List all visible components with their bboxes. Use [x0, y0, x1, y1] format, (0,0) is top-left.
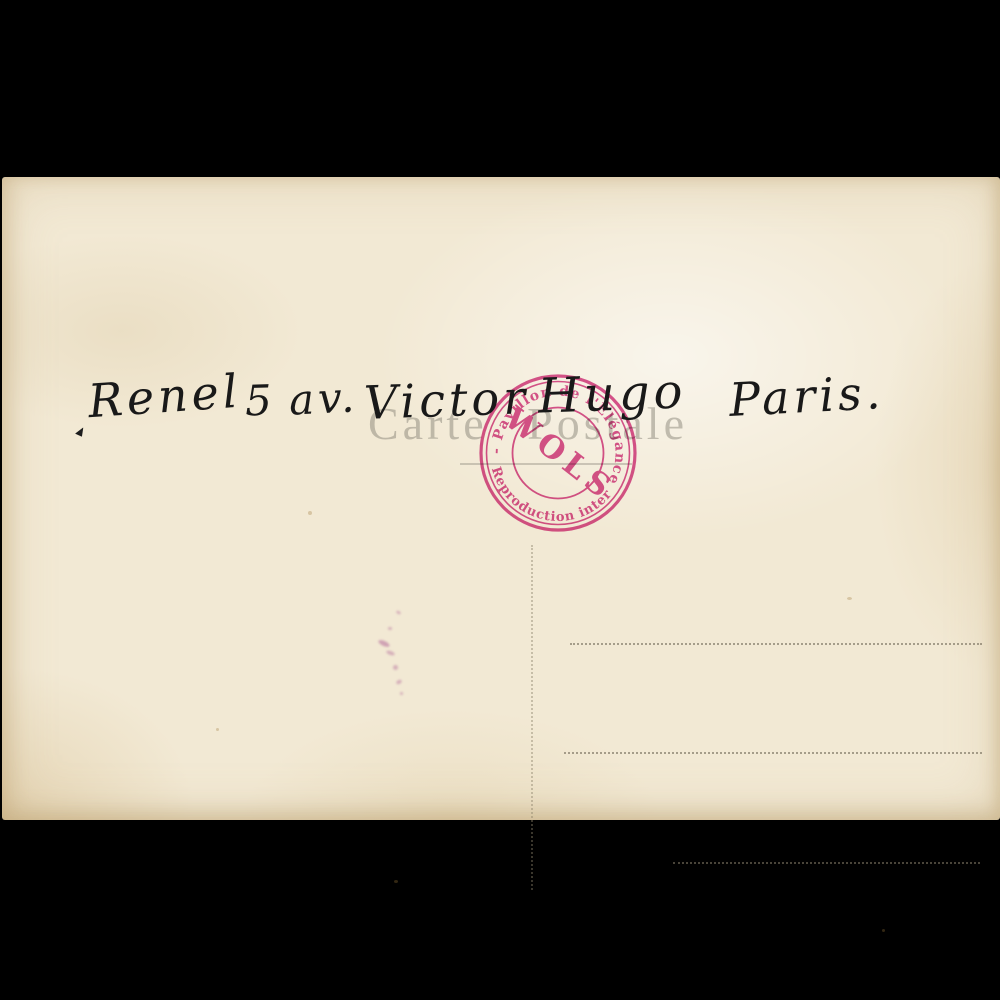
handwritten-word-number: 5 — [244, 375, 276, 425]
foxing-speck — [216, 728, 219, 731]
small-ink-mark — [74, 427, 84, 437]
foxing-speck — [882, 929, 885, 932]
handwritten-word-hugo: Hugo — [537, 363, 687, 424]
address-dotted-line — [673, 862, 980, 864]
foxing-speck — [394, 880, 398, 883]
handwritten-word-renel: Renel — [86, 364, 243, 429]
foxing-speck — [308, 511, 312, 515]
handwritten-word-paris: Paris. — [728, 365, 886, 427]
address-dotted-line — [570, 643, 982, 645]
center-divider-line — [531, 545, 533, 890]
purple-smudge — [360, 605, 420, 700]
handwritten-word-victor: Victor — [363, 370, 530, 430]
handwritten-word-avenue: av. — [288, 372, 360, 425]
address-dotted-line — [564, 752, 982, 754]
foxing-speck — [847, 597, 852, 600]
photo-background: Carte Postale - Pavillon de l'Elégance -… — [0, 0, 1000, 1000]
postcard-back: Carte Postale - Pavillon de l'Elégance -… — [2, 177, 1000, 820]
